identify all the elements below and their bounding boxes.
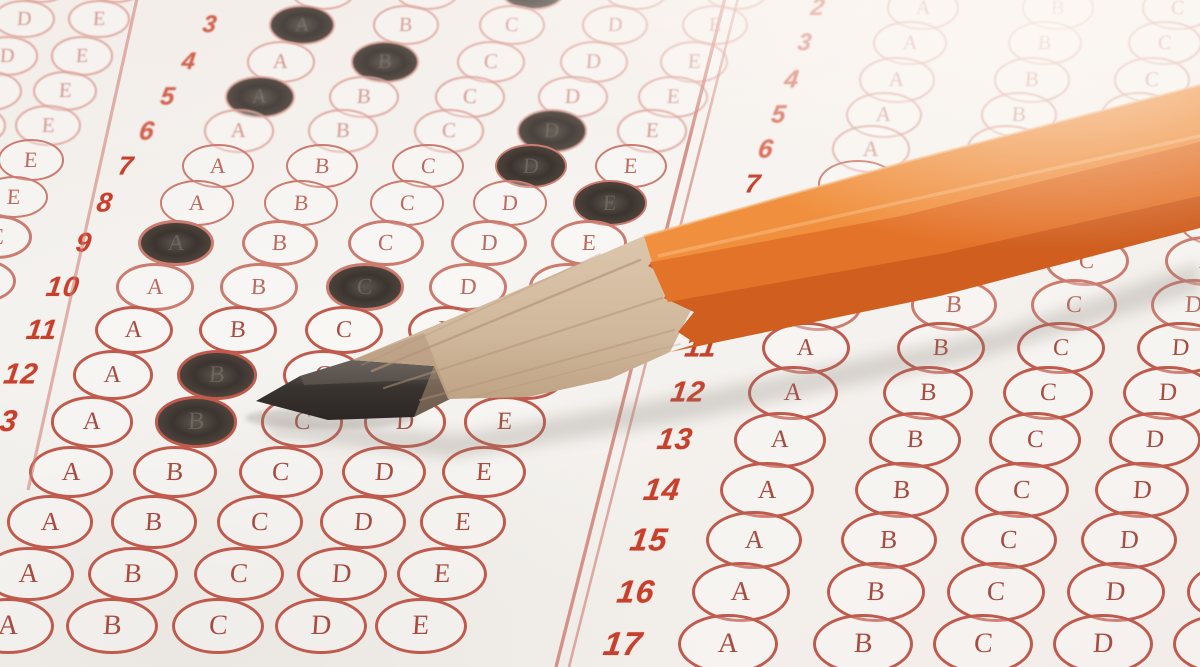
answer-bubble-d: D [0,0,55,38]
bubble-letter: A [167,231,185,254]
question-number: 10 [695,289,733,321]
question-number: 2 [222,0,240,4]
bubble-letter: E [518,363,534,387]
bubble-letter: A [61,459,82,485]
answer-bubble-d: D [1053,614,1153,667]
bubble-letter: A [836,209,854,232]
bubble-letter: E [539,318,555,342]
answer-bubble-a: A [51,396,134,447]
answer-bubble-c: C [989,412,1080,467]
bubble-letter: B [272,231,289,254]
bubble-letter: B [998,138,1014,160]
answer-bubble-b: B [111,495,198,549]
answer-bubble-b: B [841,511,937,569]
bubble-letter: C [462,86,477,107]
photo-omr-sheet-with-pencil: DEDEDEDEDEDEEEEE2ABCDE3ABCDE4ABCDE5ABCDE… [0,0,1200,667]
bubble-letter: C [229,560,249,587]
bubble-letter: C [1026,427,1044,452]
answer-bubble-e: E [0,215,32,259]
bubble-letter: A [783,380,803,405]
question-number: 14 [641,472,683,508]
answer-bubble-c: C [947,562,1045,622]
bubble-letter: A [273,51,290,72]
answer-bubble-b: B [373,5,439,46]
bubble-letter: C [1171,0,1186,18]
bubble-letter: A [82,409,102,434]
answer-bubble-e: E [1187,562,1200,622]
bubble-letter: A [889,69,906,90]
bubble-letter: C [1079,249,1096,272]
bubble-letter: C [505,15,520,35]
bubble-letter: C [973,630,994,658]
question-number: 17 [601,625,645,663]
answer-bubble-b: B [827,562,925,622]
answer-bubble-e: E [51,36,114,75]
bubble-letter: A [730,578,751,605]
answer-bubble-d: D [386,350,467,400]
bubble-letter: E [58,80,72,101]
bubble-letter: B [945,293,963,317]
bubble-letter: C [335,318,353,342]
bubble-letter: B [985,173,1001,195]
bubble-letter: D [1105,578,1126,605]
question-number: 15 [628,522,671,559]
answer-bubble-e: E [573,180,647,225]
bubble-letter: D [374,459,395,485]
answer-bubble-c: C [479,5,545,46]
bubble-letter: E [41,115,55,136]
answer-bubble-b: B [133,446,218,498]
answer-bubble-d: D [408,306,487,355]
bubble-grid: DEDEDEDEDEDEEEEE2ABCDE3ABCDE4ABCDE5ABCDE… [0,0,1200,667]
bubble-letter: A [809,293,828,317]
answer-bubble-d: D [473,180,547,225]
answer-bubble-d: D [582,5,648,46]
bubble-letter: C [441,120,456,141]
bubble-letter: C [1131,104,1146,125]
bubble-letter: E [7,186,22,208]
bubble-letter: B [972,209,989,232]
answer-bubble-e: E [68,0,130,38]
answer-bubble-b: B [813,614,913,667]
bubble-letter: E [23,149,38,171]
bubble-letter: A [124,318,143,342]
bubble-letter: D [1171,336,1190,360]
bubble-letter: B [853,630,874,658]
bubble-letter: A [103,363,122,387]
answer-bubble-a: A [73,350,154,400]
question-number: 13 [655,423,695,457]
bubble-letter: B [879,527,898,553]
question-number: 11 [683,332,720,365]
bubble-letter: C [1118,138,1134,160]
question-number: 9 [717,246,737,277]
question-number: 16 [615,574,658,611]
question-number: 6 [756,134,776,165]
answer-bubble-e: E [682,5,748,46]
bubble-letter: E [602,192,617,214]
bubble-letter: D [16,9,32,29]
bubble-letter: C [1144,69,1159,90]
answer-bubble-c: C [933,614,1033,667]
answer-bubble-a: A [160,180,234,225]
bubble-letter: A [902,33,918,53]
bubble-letter: B [1038,33,1053,53]
answer-bubble-a: A [116,263,193,311]
answer-bubble-d: D [0,36,38,75]
answer-bubble-a: A [29,446,114,498]
bubble-letter: B [229,318,247,342]
bubble-letter: D [0,46,15,66]
bubble-letter: D [353,509,374,535]
answer-bubble-d: D [0,105,6,146]
answer-bubble-d: D [1095,462,1189,519]
bubble-letter: D [565,86,582,107]
bubble-letter: B [959,249,976,272]
question-number: 7 [116,151,136,182]
bubble-letter: B [906,427,924,452]
question-number: 6 [137,116,157,147]
answer-bubble-a: A [720,462,814,519]
bubble-letter: C [314,363,332,387]
bubble-letter: B [932,336,950,360]
bubble-letter: E [581,231,597,254]
bubble-letter: B [866,578,886,605]
bubble-letter: E [75,46,89,66]
bubble-letter: C [293,409,311,434]
bubble-letter: B [165,459,184,485]
bubble-letter: E [454,509,472,535]
bubble-letter: D [459,275,477,298]
bubble-letter: D [1145,427,1165,452]
answer-bubble-b: B [855,462,949,519]
answer-bubble-b: B [925,236,1008,286]
question-number: 4 [180,48,198,76]
answer-bubble-d: D [275,598,366,654]
question-number: 12 [2,359,41,392]
bubble-letter: A [849,173,866,195]
answer-bubble-e: E [551,220,626,266]
bubble-letter: A [209,155,226,177]
bubble-letter: D [1119,527,1140,553]
bubble-letter: E [645,120,659,141]
bubble-letter: A [770,427,790,452]
bubble-letter: E [433,560,451,587]
bubble-letter: B [1011,104,1026,125]
answer-bubble-d: D [364,396,447,447]
bubble-letter: D [501,192,518,214]
bubble-letter: B [335,120,350,141]
bubble-letter: C [420,155,436,177]
question-number: 5 [159,83,178,112]
bubble-letter: A [0,612,19,640]
bubble-letter: A [294,15,310,35]
answer-bubble-e: E [464,396,547,447]
answer-bubble-c: C [305,306,384,355]
bubble-letter: E [0,225,5,248]
answer-bubble-d: D [429,263,506,311]
bubble-letter: A [18,560,39,587]
bubble-letter: C [483,51,498,72]
bubble-letter: A [717,630,739,658]
bubble-letter: D [310,612,332,640]
question-number: 13 [0,405,20,439]
answer-bubble-e: E [0,259,16,304]
answer-bubble-d: D [320,495,407,549]
question-number: 12 [669,377,708,410]
bubble-letter: B [1051,0,1066,18]
bubble-letter: E [560,275,576,298]
answer-bubble-c: C [961,511,1057,569]
answer-bubble-e: E [0,139,64,181]
bubble-letter: B [144,509,163,535]
bubble-letter: E [496,409,513,434]
question-number: 3 [201,11,219,39]
answer-bubble-d: D [1109,412,1200,467]
bubble-letter: E [475,459,493,485]
answer-bubble-e: E [529,263,606,311]
bubble-letter: D [416,363,435,387]
bubble-letter: A [146,275,164,298]
question-number: 9 [74,228,94,259]
answer-bubble-b: B [264,180,338,225]
answer-bubble-e: E [486,350,567,400]
answer-bubble-e: E [397,547,486,602]
bubble-letter: D [607,15,623,35]
question-number: 8 [95,188,115,219]
bubble-letter: B [377,51,392,72]
bubble-letter: A [188,192,205,214]
answer-bubble-d: D [1067,562,1165,622]
bubble-letter: A [823,249,841,272]
bubble-letter: C [1052,336,1070,360]
answer-bubble-a: A [0,598,54,654]
question-number: 3 [796,29,814,57]
answer-bubble-a: A [95,306,174,355]
bubble-letter: D [544,120,561,141]
bubble-letter: A [796,336,815,360]
bubble-letter: A [252,86,269,107]
bubble-letter: D [480,231,498,254]
bubble-letter: C [1039,380,1057,405]
bubble-letter: A [40,509,61,535]
answer-bubble-d: D [1081,511,1177,569]
bubble-letter: B [102,612,123,640]
question-number: 8 [730,206,750,237]
omr-answer-sheet: DEDEDEDEDEDEEEEE2ABCDE3ABCDE4ABCDE5ABCDE… [0,0,1200,667]
bubble-letter: E [623,155,638,177]
answer-bubble-c: C [975,462,1069,519]
answer-bubble-b: B [88,547,177,602]
answer-bubble-b: B [883,366,972,420]
answer-bubble-c: C [1045,236,1128,286]
bubble-letter: A [231,120,248,141]
answer-bubble-d: D [297,547,386,602]
bubble-letter: A [915,0,931,18]
answer-bubble-c: C [326,263,403,311]
answer-bubble-a: A [138,220,213,266]
bubble-letter: B [293,192,309,214]
bubble-letter: C [1158,33,1173,53]
bubble-letter: C [986,578,1006,605]
bubble-letter: C [1105,173,1121,195]
question-number: 2 [809,0,827,22]
answer-bubble-b: B [199,306,278,355]
bubble-letter: B [399,15,414,35]
answer-bubble-a: A [7,495,94,549]
bubble-letter: D [586,51,603,72]
answer-bubble-b: B [220,263,297,311]
bubble-letter: A [862,138,879,160]
answer-bubble-c: C [239,446,324,498]
answer-bubble-d: D [0,71,22,111]
answer-bubble-a: A [269,5,335,46]
bubble-letter: E [411,612,430,640]
answer-bubble-e: E [442,446,527,498]
answer-bubble-c: C [370,180,444,225]
question-number: 10 [44,271,82,303]
bubble-letter: C [1012,477,1031,503]
answer-bubble-e: E [375,598,466,654]
answer-bubble-b: B [869,412,960,467]
answer-bubble-a: A [734,412,825,467]
answer-bubble-a: A [706,511,802,569]
answer-bubble-c: C [172,598,263,654]
answer-bubble-a: A [748,366,837,420]
bubble-letter: D [395,409,415,434]
answer-bubble-b: B [155,396,238,447]
answer-bubble-c: C [217,495,304,549]
answer-bubble-a: A [678,614,778,667]
answer-bubble-b: B [242,220,317,266]
bubble-letter: B [314,155,330,177]
question-number: 7 [743,169,763,200]
bubble-letter: C [1065,293,1083,317]
bubble-letter: E [666,86,680,107]
answer-bubble-a: A [0,547,74,602]
bubble-letter: C [208,612,229,640]
bubble-letter: D [437,318,456,342]
answer-bubble-e: E [420,495,507,549]
answer-bubble-c: C [194,547,283,602]
bubble-letter: C [999,527,1018,553]
answer-bubble-a: A [790,236,873,286]
answer-bubble-a: A [692,562,790,622]
bubble-letter: D [1184,293,1200,317]
question-number: 11 [24,314,60,346]
answer-bubble-e: E [1173,614,1200,667]
bubble-letter: B [123,560,143,587]
answer-bubble-b: B [177,350,258,400]
answer-bubble-c: C [283,350,364,400]
bubble-letter: C [271,459,290,485]
bubble-letter: B [356,86,371,107]
answer-bubble-c: C [1003,366,1092,420]
bubble-letter: B [1024,69,1039,90]
bubble-letter: C [399,192,415,214]
bubble-letter: D [331,560,352,587]
answer-bubble-b: B [66,598,157,654]
answer-bubble-e: E [0,176,48,219]
bubble-letter: C [1092,209,1109,232]
bubble-letter: E [92,9,106,29]
bubble-letter: D [1158,380,1178,405]
bubble-letter: A [757,477,778,503]
bubble-letter: B [919,380,937,405]
bubble-letter: D [1132,477,1153,503]
bubble-letter: C [250,509,269,535]
question-number: 5 [770,101,789,130]
bubble-letter: D [522,155,539,177]
bubble-letter: C [357,275,374,298]
bubble-letter: E [708,15,722,35]
bubble-letter: E [687,51,701,72]
bubble-letter: B [251,275,268,298]
bubble-letter: C [378,231,395,254]
answer-bubble-d: D [451,220,526,266]
answer-bubble-e: E [508,306,587,355]
bubble-letter: D [1092,630,1114,658]
bubble-letter: B [208,363,226,387]
answer-bubble-c: C [261,396,344,447]
bubble-letter: B [892,477,911,503]
question-number: 4 [783,66,802,95]
bubble-letter: A [744,527,765,553]
bubble-letter: B [187,409,205,434]
bubble-letter: A [876,104,893,125]
answer-bubble-d: D [342,446,427,498]
answer-bubble-c: C [348,220,423,266]
